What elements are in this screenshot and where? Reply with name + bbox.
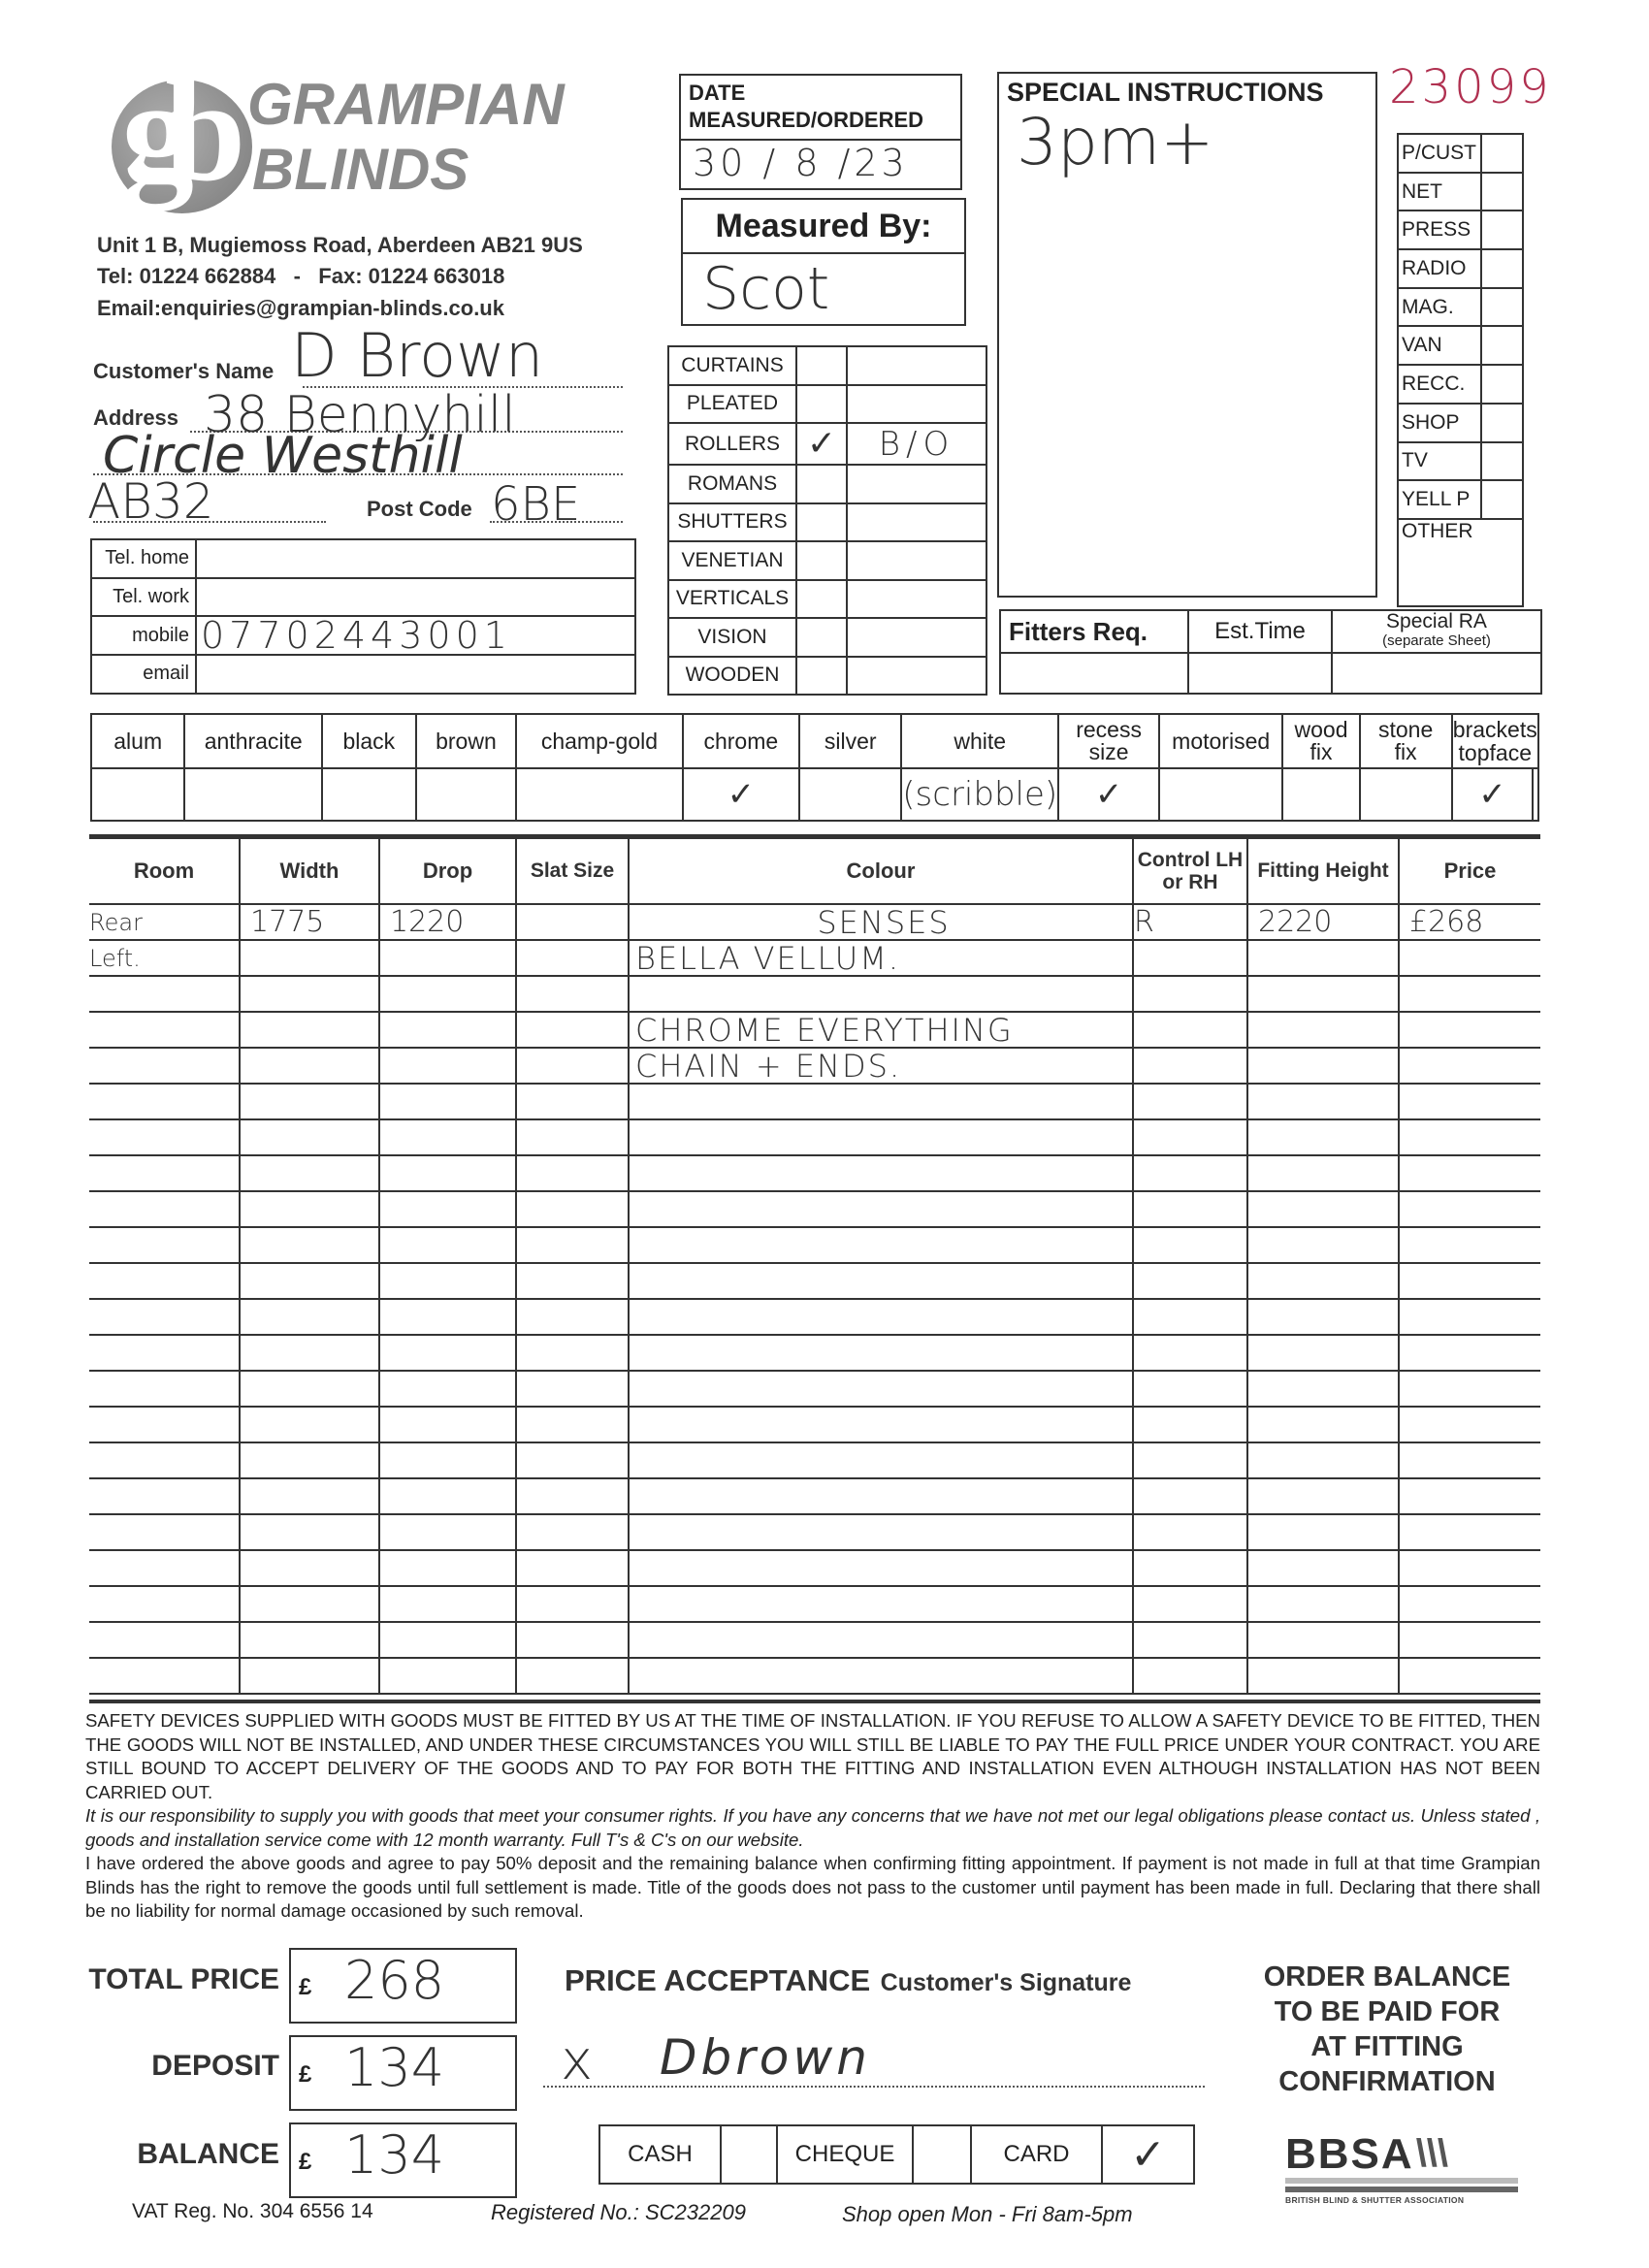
option-check[interactable]: ✓ xyxy=(1058,768,1159,821)
order-cell-control[interactable] xyxy=(1133,1478,1247,1514)
postcode-label: Post Code xyxy=(367,497,472,522)
order-cell-slat[interactable] xyxy=(516,1227,629,1263)
order-cell-width[interactable] xyxy=(240,1263,379,1299)
order-cell-colour[interactable] xyxy=(629,1442,1133,1478)
contact-row: email xyxy=(91,655,635,694)
order-cell-width[interactable] xyxy=(240,1550,379,1586)
special-instructions-value[interactable]: 3pm+ xyxy=(999,112,1375,174)
source-row: YELL P xyxy=(1398,480,1523,519)
order-cell-width[interactable] xyxy=(240,1442,379,1478)
order-cell-slat[interactable] xyxy=(516,1514,629,1550)
order-cell-room[interactable] xyxy=(89,1442,240,1478)
blind-type-note[interactable]: B/O xyxy=(847,423,986,465)
order-cell-fitting-height[interactable] xyxy=(1247,1084,1399,1119)
order-cell-fitting-height[interactable] xyxy=(1247,1048,1399,1084)
order-cell-room[interactable] xyxy=(89,1514,240,1550)
order-cell-fitting-height[interactable] xyxy=(1247,1586,1399,1622)
blind-type-note[interactable] xyxy=(847,346,986,385)
order-cell-drop[interactable] xyxy=(379,1478,516,1514)
option-check[interactable] xyxy=(1360,768,1452,821)
blind-type-row: ROMANS xyxy=(668,465,986,503)
signature-prefix: x xyxy=(561,2029,593,2092)
order-cell-colour[interactable]: SENSES xyxy=(629,904,1133,940)
order-cell-width[interactable] xyxy=(240,1478,379,1514)
order-cell-colour[interactable] xyxy=(629,1658,1133,1694)
balance-box[interactable]: £ 134 xyxy=(289,2122,517,2198)
order-cell-slat[interactable] xyxy=(516,1478,629,1514)
order-cell-slat[interactable] xyxy=(516,1442,629,1478)
total-price-box[interactable]: £ 268 xyxy=(289,1948,517,2024)
order-cell-fitting-height[interactable] xyxy=(1247,940,1399,976)
order-cell-width[interactable] xyxy=(240,1191,379,1227)
order-cell-fitting-height[interactable] xyxy=(1247,1299,1399,1335)
brackets-top-label: top xyxy=(1459,741,1490,764)
order-row: Rear17751220SENSESR2220£268 xyxy=(89,904,1540,940)
brackets-face-check[interactable] xyxy=(1533,768,1538,821)
order-cell-colour[interactable] xyxy=(629,1155,1133,1191)
order-cell-price[interactable] xyxy=(1399,1658,1540,1694)
order-cell-colour[interactable]: CHROME EVERYTHING xyxy=(629,1012,1133,1048)
order-row xyxy=(89,1299,1540,1335)
order-cell-drop[interactable] xyxy=(379,1227,516,1263)
order-cell-width[interactable] xyxy=(240,1371,379,1407)
order-cell-room[interactable] xyxy=(89,1084,240,1119)
order-cell-control[interactable] xyxy=(1133,1442,1247,1478)
blind-type-note[interactable] xyxy=(847,580,986,619)
order-cell-price[interactable] xyxy=(1399,976,1540,1012)
order-cell-drop[interactable]: 1220 xyxy=(379,904,516,940)
safety-notice: SAFETY DEVICES SUPPLIED WITH GOODS MUST … xyxy=(85,1709,1540,1804)
source-checkbox[interactable] xyxy=(1481,480,1523,519)
order-cell-price[interactable] xyxy=(1399,940,1540,976)
order-cell-drop[interactable] xyxy=(379,1622,516,1658)
order-cell-price[interactable] xyxy=(1399,1622,1540,1658)
order-cell-slat[interactable] xyxy=(516,1407,629,1442)
blind-type-row: ROLLERS✓B/O xyxy=(668,423,986,465)
order-cell-control[interactable] xyxy=(1133,940,1247,976)
contact-value[interactable] xyxy=(196,539,635,578)
order-cell-drop[interactable] xyxy=(379,1263,516,1299)
order-cell-fitting-height[interactable] xyxy=(1247,1371,1399,1407)
order-cell-price[interactable] xyxy=(1399,1299,1540,1335)
cheque-checkbox[interactable] xyxy=(913,2125,971,2184)
order-cell-drop[interactable] xyxy=(379,1048,516,1084)
order-cell-width[interactable] xyxy=(240,1586,379,1622)
order-cell-room[interactable] xyxy=(89,1335,240,1371)
order-cell-room[interactable]: Rear xyxy=(89,904,240,940)
order-cell-price[interactable] xyxy=(1399,1155,1540,1191)
source-checkbox[interactable] xyxy=(1481,173,1523,211)
blind-type-check[interactable]: ✓ xyxy=(796,423,847,465)
blind-type-row: CURTAINS xyxy=(668,346,986,385)
order-cell-colour[interactable] xyxy=(629,1335,1133,1371)
order-cell-control[interactable]: R xyxy=(1133,904,1247,940)
order-cell-price[interactable]: £268 xyxy=(1399,904,1540,940)
order-cell-width[interactable] xyxy=(240,1119,379,1155)
order-row xyxy=(89,1478,1540,1514)
order-cell-colour[interactable] xyxy=(629,1586,1133,1622)
order-cell-fitting-height[interactable] xyxy=(1247,1155,1399,1191)
order-cell-width[interactable] xyxy=(240,1155,379,1191)
order-cell-control[interactable] xyxy=(1133,1155,1247,1191)
order-cell-slat[interactable] xyxy=(516,940,629,976)
source-row: MAG. xyxy=(1398,288,1523,327)
order-cell-slat[interactable] xyxy=(516,1371,629,1407)
order-cell-control[interactable] xyxy=(1133,1335,1247,1371)
source-row: NET xyxy=(1398,173,1523,211)
postcode-value[interactable]: 6BE xyxy=(491,477,580,532)
order-cell-slat[interactable] xyxy=(516,976,629,1012)
order-cell-colour[interactable] xyxy=(629,976,1133,1012)
order-cell-price[interactable] xyxy=(1399,1119,1540,1155)
card-checkbox[interactable]: ✓ xyxy=(1102,2125,1194,2184)
price-acceptance-label: PRICE ACCEPTANCE Customer's Signature xyxy=(565,1963,1131,1998)
contact-label: Tel. home xyxy=(91,539,196,578)
order-cell-control[interactable] xyxy=(1133,976,1247,1012)
contact-value[interactable] xyxy=(196,578,635,617)
order-cell-colour[interactable]: BELLA VELLUM. xyxy=(629,940,1133,976)
company-name-line1: GRAMPIAN xyxy=(247,76,565,134)
order-cell-room[interactable] xyxy=(89,1191,240,1227)
option-check[interactable] xyxy=(1282,768,1359,821)
blind-type-check[interactable] xyxy=(796,541,847,580)
order-cell-slat[interactable] xyxy=(516,1155,629,1191)
bbsa-bars xyxy=(1285,2178,1518,2184)
order-cell-control[interactable] xyxy=(1133,1084,1247,1119)
order-cell-width[interactable] xyxy=(240,1299,379,1335)
order-cell-control[interactable] xyxy=(1133,1371,1247,1407)
special-ra-value[interactable] xyxy=(1332,653,1541,694)
order-cell-room[interactable] xyxy=(89,1478,240,1514)
source-label: SHOP xyxy=(1398,404,1481,442)
source-label: VAN xyxy=(1398,326,1481,365)
source-checkbox[interactable] xyxy=(1481,134,1523,173)
order-cell-control[interactable] xyxy=(1133,1586,1247,1622)
blind-type-check[interactable] xyxy=(796,657,847,696)
order-cell-slat[interactable] xyxy=(516,1119,629,1155)
order-cell-drop[interactable] xyxy=(379,1514,516,1550)
order-cell-colour[interactable] xyxy=(629,1478,1133,1514)
order-cell-fitting-height[interactable] xyxy=(1247,1263,1399,1299)
customer-name-value[interactable]: D Brown xyxy=(291,320,543,391)
order-cell-drop[interactable] xyxy=(379,976,516,1012)
cash-checkbox[interactable] xyxy=(721,2125,777,2184)
order-cell-slat[interactable] xyxy=(516,904,629,940)
order-cell-control[interactable] xyxy=(1133,1263,1247,1299)
option-check[interactable] xyxy=(184,768,322,821)
option-label: stone fix xyxy=(1360,714,1452,768)
order-cell-control[interactable] xyxy=(1133,1119,1247,1155)
order-cell-room[interactable] xyxy=(89,1658,240,1694)
order-cell-slat[interactable] xyxy=(516,1550,629,1586)
source-label: P/CUST xyxy=(1398,134,1481,173)
order-cell-slat[interactable] xyxy=(516,1586,629,1622)
blind-type-check[interactable] xyxy=(796,580,847,619)
source-checkbox[interactable] xyxy=(1481,211,1523,249)
fitters-table: Fitters Req. Est.Time Special RA (separa… xyxy=(999,609,1542,695)
blind-type-note[interactable] xyxy=(847,385,986,424)
order-cell-control[interactable] xyxy=(1133,1012,1247,1048)
source-row: RECC. xyxy=(1398,365,1523,404)
order-cell-fitting-height[interactable] xyxy=(1247,1550,1399,1586)
order-cell-width[interactable] xyxy=(240,1514,379,1550)
order-cell-room[interactable] xyxy=(89,1407,240,1442)
order-cell-slat[interactable] xyxy=(516,1658,629,1694)
order-cell-drop[interactable] xyxy=(379,1084,516,1119)
option-check[interactable] xyxy=(1159,768,1282,821)
order-cell-fitting-height[interactable] xyxy=(1247,1119,1399,1155)
order-cell-price[interactable] xyxy=(1399,1227,1540,1263)
contact-value[interactable] xyxy=(196,655,635,694)
fitters-req-value[interactable] xyxy=(1000,653,1188,694)
order-cell-fitting-height[interactable] xyxy=(1247,1012,1399,1048)
order-cell-price[interactable] xyxy=(1399,1478,1540,1514)
order-cell-colour[interactable] xyxy=(629,1622,1133,1658)
option-label: anthracite xyxy=(184,714,322,768)
source-checkbox[interactable] xyxy=(1481,365,1523,404)
order-cell-fitting-height[interactable] xyxy=(1247,1658,1399,1694)
order-cell-width[interactable] xyxy=(240,1658,379,1694)
order-cell-price[interactable] xyxy=(1399,1191,1540,1227)
order-cell-drop[interactable] xyxy=(379,1155,516,1191)
order-cell-control[interactable] xyxy=(1133,1407,1247,1442)
contact-label: Tel. work xyxy=(91,578,196,617)
option-check[interactable] xyxy=(322,768,416,821)
order-cell-drop[interactable] xyxy=(379,940,516,976)
blind-type-note[interactable] xyxy=(847,657,986,696)
blind-type-row: SHUTTERS xyxy=(668,503,986,542)
order-cell-drop[interactable] xyxy=(379,1012,516,1048)
blind-type-check[interactable] xyxy=(796,618,847,657)
payment-method-table: CASH CHEQUE CARD ✓ xyxy=(598,2124,1195,2185)
order-cell-slat[interactable] xyxy=(516,1622,629,1658)
order-cell-slat[interactable] xyxy=(516,1335,629,1371)
order-cell-width[interactable] xyxy=(240,1335,379,1371)
order-cell-price[interactable] xyxy=(1399,1084,1540,1119)
source-label: NET xyxy=(1398,173,1481,211)
blind-type-label: VISION xyxy=(668,618,796,657)
registered-number: Registered No.: SC232209 xyxy=(491,2200,746,2225)
order-cell-price[interactable] xyxy=(1399,1514,1540,1550)
date-box: DATE MEASURED/ORDERED 30 / 8 /23 xyxy=(679,74,962,190)
order-cell-price[interactable] xyxy=(1399,1550,1540,1586)
order-cell-control[interactable] xyxy=(1133,1622,1247,1658)
order-cell-room[interactable] xyxy=(89,1263,240,1299)
order-cell-room[interactable] xyxy=(89,976,240,1012)
col-colour: Colour xyxy=(629,838,1133,904)
order-cell-fitting-height[interactable] xyxy=(1247,1514,1399,1550)
blind-type-row: PLEATED xyxy=(668,385,986,424)
order-cell-price[interactable] xyxy=(1399,1586,1540,1622)
order-cell-drop[interactable] xyxy=(379,1191,516,1227)
order-cell-fitting-height[interactable] xyxy=(1247,1442,1399,1478)
order-cell-colour[interactable] xyxy=(629,1263,1133,1299)
customer-signature[interactable]: Dbrown xyxy=(660,2029,871,2086)
brackets-top-check[interactable]: ✓ xyxy=(1452,768,1534,821)
option-label: white xyxy=(901,714,1058,768)
order-row xyxy=(89,1084,1540,1119)
order-cell-price[interactable] xyxy=(1399,1335,1540,1371)
order-cell-drop[interactable] xyxy=(379,1550,516,1586)
option-check[interactable]: ✓ xyxy=(683,768,800,821)
blind-type-note[interactable] xyxy=(847,541,986,580)
source-checkbox[interactable] xyxy=(1481,404,1523,442)
order-cell-control[interactable] xyxy=(1133,1514,1247,1550)
source-checkbox[interactable] xyxy=(1481,442,1523,481)
order-cell-width[interactable] xyxy=(240,940,379,976)
order-cell-control[interactable] xyxy=(1133,1658,1247,1694)
order-cell-room[interactable] xyxy=(89,1155,240,1191)
order-cell-slat[interactable] xyxy=(516,1191,629,1227)
order-cell-colour[interactable] xyxy=(629,1084,1133,1119)
col-drop: Drop xyxy=(379,838,516,904)
col-fitting-height: Fitting Height xyxy=(1247,838,1399,904)
order-cell-drop[interactable] xyxy=(379,1658,516,1694)
source-checkbox[interactable] xyxy=(1481,288,1523,327)
address-value-line3[interactable]: AB32 xyxy=(87,473,214,530)
blind-type-note[interactable] xyxy=(847,465,986,503)
order-cell-room[interactable] xyxy=(89,1048,240,1084)
order-cell-drop[interactable] xyxy=(379,1586,516,1622)
order-table: Room Width Drop Slat Size Colour Control… xyxy=(89,837,1540,1695)
order-cell-colour[interactable] xyxy=(629,1119,1133,1155)
order-cell-price[interactable] xyxy=(1399,1012,1540,1048)
pound-symbol: £ xyxy=(299,2149,311,2176)
total-price-label: TOTAL PRICE xyxy=(76,1963,279,1996)
bbsa-wordmark: BBSA \\\ xyxy=(1285,2132,1518,2176)
order-cell-drop[interactable] xyxy=(379,1335,516,1371)
order-cell-control[interactable] xyxy=(1133,1048,1247,1084)
option-check[interactable]: (scribble) xyxy=(901,768,1058,821)
order-cell-colour[interactable] xyxy=(629,1227,1133,1263)
order-cell-fitting-height[interactable] xyxy=(1247,1622,1399,1658)
order-cell-room[interactable] xyxy=(89,1119,240,1155)
order-cell-room[interactable] xyxy=(89,1622,240,1658)
order-cell-slat[interactable] xyxy=(516,1299,629,1335)
order-cell-drop[interactable] xyxy=(379,1442,516,1478)
option-check[interactable] xyxy=(416,768,517,821)
blind-type-check[interactable] xyxy=(796,465,847,503)
blind-type-check[interactable] xyxy=(796,385,847,424)
col-slat-size: Slat Size xyxy=(516,838,629,904)
order-cell-room[interactable] xyxy=(89,1371,240,1407)
order-cell-control[interactable] xyxy=(1133,1191,1247,1227)
col-room: Room xyxy=(89,838,240,904)
order-cell-slat[interactable] xyxy=(516,1263,629,1299)
contact-row: Tel. home xyxy=(91,539,635,578)
contact-label: email xyxy=(91,655,196,694)
order-cell-width[interactable] xyxy=(240,1012,379,1048)
special-instructions-box: SPECIAL INSTRUCTIONS 3pm+ xyxy=(997,72,1377,598)
source-checkbox[interactable] xyxy=(1481,326,1523,365)
source-checkbox[interactable] xyxy=(1481,249,1523,288)
order-cell-colour[interactable] xyxy=(629,1191,1133,1227)
option-check[interactable] xyxy=(516,768,682,821)
order-cell-colour[interactable]: CHAIN + ENDS. xyxy=(629,1048,1133,1084)
company-logo: gb GRAMPIAN BLINDS xyxy=(92,68,538,213)
order-cell-price[interactable] xyxy=(1399,1263,1540,1299)
blind-type-label: VERTICALS xyxy=(668,580,796,619)
bbsa-bars-2 xyxy=(1285,2187,1518,2192)
blind-type-check[interactable] xyxy=(796,346,847,385)
order-cell-drop[interactable] xyxy=(379,1119,516,1155)
source-row: PRESS xyxy=(1398,211,1523,249)
date-value[interactable]: 30 / 8 /23 xyxy=(681,141,960,185)
order-cell-slat[interactable] xyxy=(516,1048,629,1084)
blind-type-note[interactable] xyxy=(847,618,986,657)
source-row: OTHER xyxy=(1398,519,1523,606)
option-check[interactable] xyxy=(799,768,901,821)
order-cell-room[interactable] xyxy=(89,1299,240,1335)
order-cell-width[interactable] xyxy=(240,976,379,1012)
measured-by-value[interactable]: Scot xyxy=(683,254,964,324)
blind-type-row: WOODEN xyxy=(668,657,986,696)
order-cell-price[interactable] xyxy=(1399,1371,1540,1407)
order-cell-fitting-height[interactable] xyxy=(1247,1478,1399,1514)
contact-value[interactable]: 07702443001 xyxy=(196,616,635,655)
order-cell-room[interactable] xyxy=(89,1586,240,1622)
options-table: alumanthraciteblackbrownchamp-goldchrome… xyxy=(90,713,1539,822)
order-cell-fitting-height[interactable] xyxy=(1247,1407,1399,1442)
order-cell-fitting-height[interactable]: 2220 xyxy=(1247,904,1399,940)
order-cell-fitting-height[interactable] xyxy=(1247,1335,1399,1371)
order-cell-room[interactable] xyxy=(89,1012,240,1048)
order-row xyxy=(89,1658,1540,1694)
order-cell-fitting-height[interactable] xyxy=(1247,1227,1399,1263)
option-check[interactable] xyxy=(91,768,184,821)
order-row xyxy=(89,1442,1540,1478)
order-cell-control[interactable] xyxy=(1133,1299,1247,1335)
order-cell-drop[interactable] xyxy=(379,1299,516,1335)
order-cell-control[interactable] xyxy=(1133,1227,1247,1263)
blind-type-note[interactable] xyxy=(847,503,986,542)
order-row: CHAIN + ENDS. xyxy=(89,1048,1540,1084)
order-cell-width[interactable]: 1775 xyxy=(240,904,379,940)
order-cell-price[interactable] xyxy=(1399,1442,1540,1478)
order-cell-fitting-height[interactable] xyxy=(1247,1191,1399,1227)
consumer-rights-notice: It is our responsibility to supply you w… xyxy=(85,1804,1540,1852)
order-cell-fitting-height[interactable] xyxy=(1247,976,1399,1012)
blind-type-row: VERTICALS xyxy=(668,580,986,619)
order-cell-drop[interactable] xyxy=(379,1371,516,1407)
order-cell-width[interactable] xyxy=(240,1622,379,1658)
order-cell-width[interactable] xyxy=(240,1084,379,1119)
order-cell-slat[interactable] xyxy=(516,1012,629,1048)
order-cell-room[interactable] xyxy=(89,1227,240,1263)
order-cell-colour[interactable] xyxy=(629,1407,1133,1442)
order-cell-price[interactable] xyxy=(1399,1048,1540,1084)
order-row xyxy=(89,1514,1540,1550)
order-cell-width[interactable] xyxy=(240,1227,379,1263)
order-cell-room[interactable]: Left. xyxy=(89,940,240,976)
order-cell-colour[interactable] xyxy=(629,1371,1133,1407)
col-width: Width xyxy=(240,838,379,904)
est-time-value[interactable] xyxy=(1188,653,1332,694)
deposit-box[interactable]: £ 134 xyxy=(289,2035,517,2111)
order-cell-price[interactable] xyxy=(1399,1407,1540,1442)
order-cell-colour[interactable] xyxy=(629,1299,1133,1335)
order-cell-colour[interactable] xyxy=(629,1550,1133,1586)
order-cell-slat[interactable] xyxy=(516,1084,629,1119)
order-cell-width[interactable] xyxy=(240,1407,379,1442)
source-label: RECC. xyxy=(1398,365,1481,404)
order-cell-control[interactable] xyxy=(1133,1550,1247,1586)
order-cell-width[interactable] xyxy=(240,1048,379,1084)
order-cell-room[interactable] xyxy=(89,1550,240,1586)
order-cell-drop[interactable] xyxy=(379,1407,516,1442)
order-cell-colour[interactable] xyxy=(629,1514,1133,1550)
blind-type-check[interactable] xyxy=(796,503,847,542)
